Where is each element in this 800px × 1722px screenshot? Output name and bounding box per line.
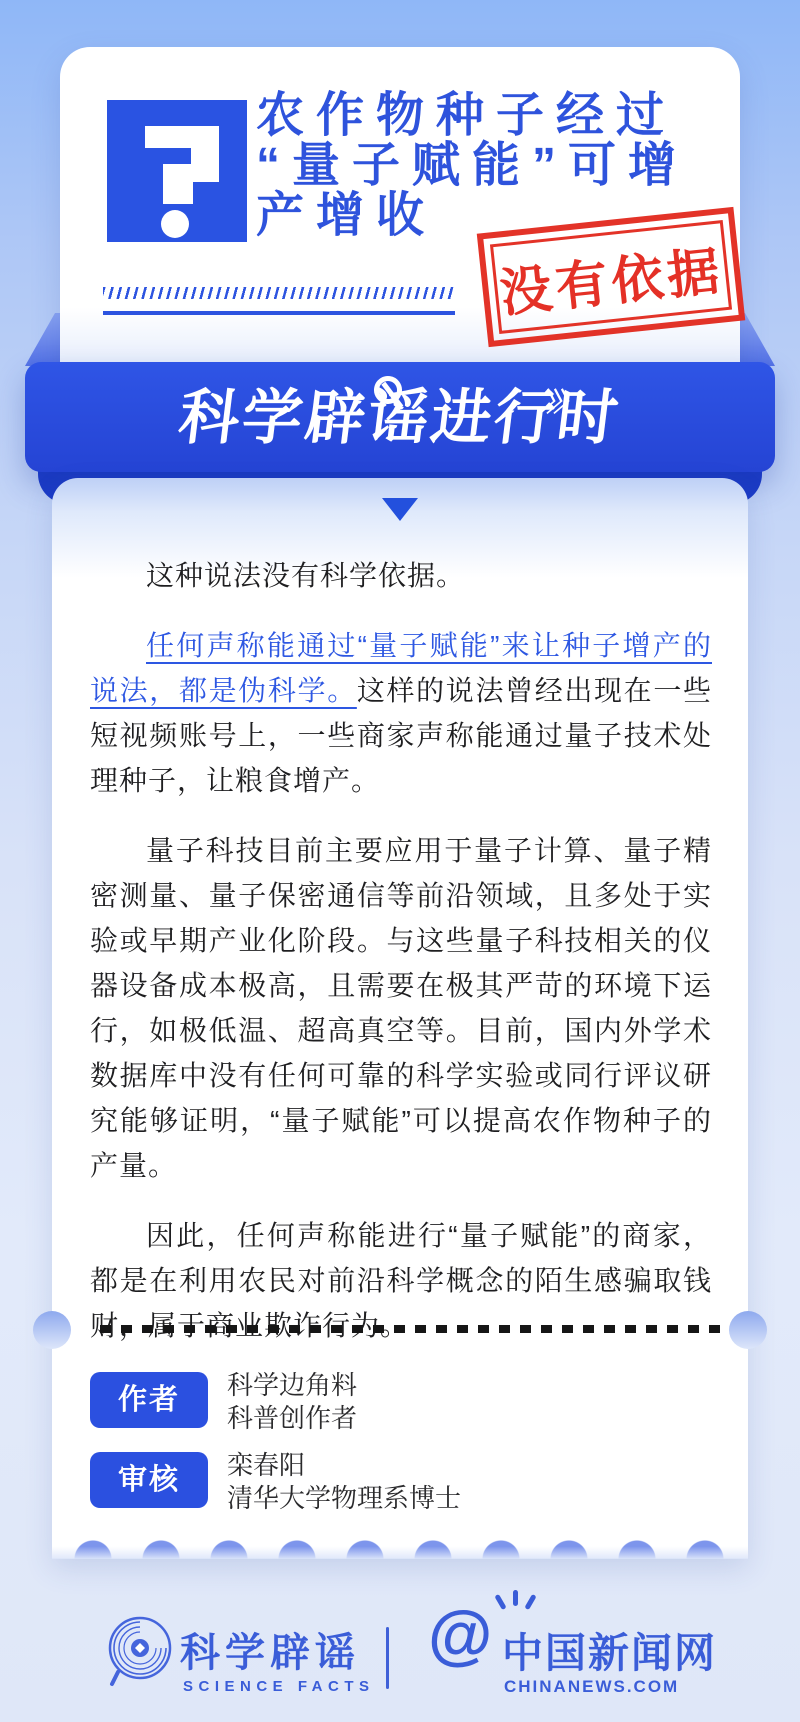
question-mark-icon bbox=[107, 100, 247, 242]
underline-rule bbox=[103, 311, 455, 315]
dashed-divider bbox=[100, 1325, 722, 1333]
claim-title-line1: 农作物种子经过 bbox=[256, 91, 726, 141]
paragraph-1: 这种说法没有科学依据。 bbox=[90, 553, 712, 598]
science-facts-logo-name: 科学辟谣 bbox=[180, 1621, 360, 1678]
scalloped-edge bbox=[52, 1538, 748, 1559]
ticket-notch-right bbox=[729, 1311, 767, 1349]
reviewer-title: 清华大学物理系博士 bbox=[227, 1482, 461, 1515]
author-name: 科学边角料 bbox=[227, 1369, 357, 1402]
paragraph-3-text: 量子科技目前主要应用于量子计算、量子精密测量、量子保密通信等前沿领域，且多处于实… bbox=[90, 835, 712, 1181]
hatch-stripes-decoration bbox=[103, 287, 455, 299]
reviewer-badge: 审核 bbox=[90, 1452, 208, 1508]
article-card: 这种说法没有科学依据。 任何声称能通过“量子赋能”来让种子增产的说法，都是伪科学… bbox=[52, 478, 748, 1558]
reviewer-row: 审核 栾春阳 清华大学物理系博士 bbox=[52, 1452, 748, 1512]
burst-icon bbox=[496, 1590, 536, 1612]
author-title: 科普创作者 bbox=[227, 1402, 357, 1435]
down-arrow-icon bbox=[382, 498, 418, 521]
paragraph-3: 量子科技目前主要应用于量子计算、量子精密测量、量子保密通信等前沿领域，且多处于实… bbox=[90, 828, 712, 1188]
section-banner: 科学辟谣进行时 〉〉〉 bbox=[25, 362, 775, 472]
paragraph-2: 任何声称能通过“量子赋能”来让种子增产的说法，都是伪科学。这样的说法曾经出现在一… bbox=[90, 623, 712, 803]
author-badge: 作者 bbox=[90, 1372, 208, 1428]
claim-title-line2: “量子赋能”可增 bbox=[256, 141, 726, 191]
reviewer-name: 栾春阳 bbox=[227, 1449, 461, 1482]
article-body: 这种说法没有科学依据。 任何声称能通过“量子赋能”来让种子增产的说法，都是伪科学… bbox=[90, 553, 712, 1373]
paragraph-1-text: 这种说法没有科学依据。 bbox=[146, 560, 465, 591]
footer-divider bbox=[386, 1627, 389, 1689]
verdict-stamp-inner: 没有依据 bbox=[490, 220, 732, 334]
section-banner-title: 科学辟谣进行时 bbox=[18, 362, 782, 472]
science-facts-logo-sub: SCIENCE FACTS bbox=[183, 1678, 375, 1695]
author-info: 科学边角料 科普创作者 bbox=[227, 1369, 357, 1435]
chinanews-at-icon: @ bbox=[428, 1599, 492, 1669]
ticket-notch-left bbox=[33, 1311, 71, 1349]
footer: 科学辟谣 SCIENCE FACTS @ 中国新闻网 CHINANEWS.COM bbox=[0, 1585, 800, 1722]
poster-page: 农作物种子经过 “量子赋能”可增 产增收 没有依据 科学辟谣进行时 〉〉〉 这种… bbox=[0, 0, 800, 1722]
verdict-stamp-text: 没有依据 bbox=[496, 228, 727, 326]
chinanews-logo-sub: CHINANEWS.COM bbox=[504, 1677, 679, 1697]
science-facts-logo-icon bbox=[104, 1612, 174, 1699]
paragraph-4-text: 因此，任何声称能进行“量子赋能”的商家，都是在利用农民对前沿科学概念的陌生感骗取… bbox=[90, 1220, 712, 1341]
reviewer-info: 栾春阳 清华大学物理系博士 bbox=[227, 1449, 461, 1515]
author-row: 作者 科学边角料 科普创作者 bbox=[52, 1372, 748, 1432]
chinanews-logo-name: 中国新闻网 bbox=[502, 1620, 717, 1679]
question-mark-glyph bbox=[107, 100, 247, 242]
